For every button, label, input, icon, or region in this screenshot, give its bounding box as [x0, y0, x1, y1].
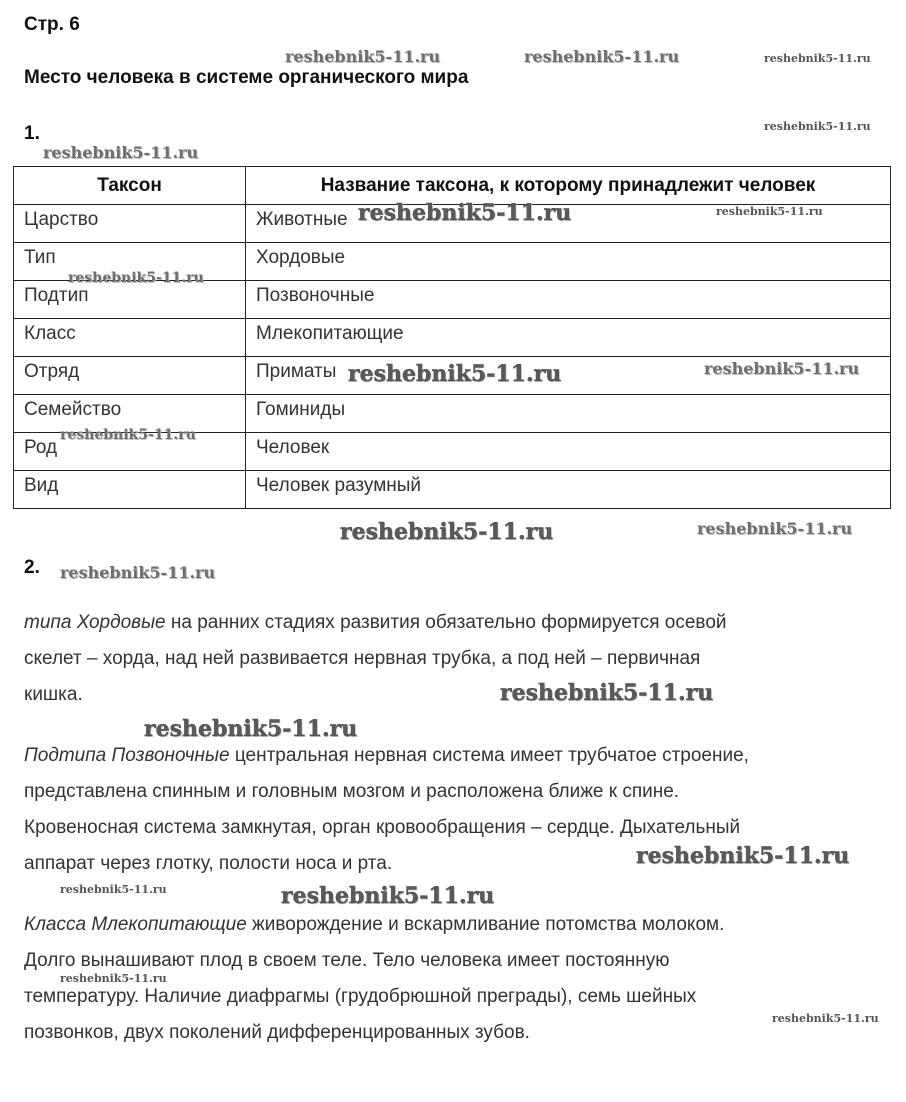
paragraph-text: Долго вынашивают плод в своем теле. Тело…	[24, 950, 670, 971]
page-label: Стр. 6	[24, 14, 80, 36]
taxon-name: Хордовые	[246, 243, 891, 281]
table-header-row: Таксон Название таксона, к которому прин…	[14, 167, 891, 205]
paragraph-text: кишка.	[24, 684, 83, 705]
table-row: СемействоГоминиды	[14, 395, 891, 433]
table-row: ЦарствоЖивотные	[14, 205, 891, 243]
taxon-name: Приматы	[246, 357, 891, 395]
taxon-rank: Отряд	[14, 357, 246, 395]
paragraph-text: Кровеносная система замкнутая, орган кро…	[24, 817, 740, 838]
taxon-rank: Вид	[14, 471, 246, 509]
paragraph-chordata: типа Хордовые на ранних стадиях развития…	[24, 605, 884, 713]
paragraph-lead: Подтипа Позвоночные	[24, 745, 230, 766]
watermark: reshebnik5-11.ru	[281, 883, 494, 909]
paragraph-text: представлена спинным и головным мозгом и…	[24, 781, 679, 802]
taxon-rank: Тип	[14, 243, 246, 281]
paragraph-text: аппарат через глотку, полости носа и рта…	[24, 853, 392, 874]
taxon-rank: Род	[14, 433, 246, 471]
watermark: reshebnik5-11.ru	[43, 143, 198, 162]
taxon-rank: Царство	[14, 205, 246, 243]
table-row: РодЧеловек	[14, 433, 891, 471]
watermark: reshebnik5-11.ru	[764, 120, 871, 133]
watermark: reshebnik5-11.ru	[340, 519, 553, 545]
watermark: reshebnik5-11.ru	[524, 47, 679, 66]
page-title: Место человека в системе органического м…	[24, 67, 468, 89]
task-2-number: 2.	[24, 557, 40, 579]
table-row: КлассМлекопитающие	[14, 319, 891, 357]
taxon-name: Человек разумный	[246, 471, 891, 509]
watermark: reshebnik5-11.ru	[60, 563, 215, 582]
column-header-taxon: Таксон	[14, 167, 246, 205]
table-row: ТипХордовые	[14, 243, 891, 281]
paragraph-text: температуру. Наличие диафрагмы (грудобрю…	[24, 986, 696, 1007]
taxon-name: Млекопитающие	[246, 319, 891, 357]
taxon-rank: Подтип	[14, 281, 246, 319]
watermark: reshebnik5-11.ru	[60, 883, 167, 896]
taxon-name: Животные	[246, 205, 891, 243]
task-1-number: 1.	[24, 123, 40, 145]
taxon-name: Человек	[246, 433, 891, 471]
paragraph-text: позвонков, двух поколений дифференцирова…	[24, 1022, 530, 1043]
table-row: ВидЧеловек разумный	[14, 471, 891, 509]
paragraph-text: скелет – хорда, над ней развивается нерв…	[24, 648, 700, 669]
paragraph-mammalia: Класса Млекопитающие живорождение и вска…	[24, 907, 884, 1051]
taxon-name: Гоминиды	[246, 395, 891, 433]
taxon-table: Таксон Название таксона, к которому прин…	[13, 166, 891, 509]
watermark: reshebnik5-11.ru	[285, 47, 440, 66]
table-row: ОтрядПриматы	[14, 357, 891, 395]
paragraph-text: центральная нервная система имеет трубча…	[230, 745, 749, 766]
table-row: ПодтипПозвоночные	[14, 281, 891, 319]
taxon-rank: Класс	[14, 319, 246, 357]
column-header-taxon-name: Название таксона, к которому принадлежит…	[246, 167, 891, 205]
paragraph-lead: типа Хордовые	[24, 612, 166, 633]
paragraph-text: живорождение и вскармливание потомства м…	[247, 914, 725, 935]
paragraph-text: на ранних стадиях развития обязательно ф…	[166, 612, 727, 633]
watermark: reshebnik5-11.ru	[697, 519, 852, 538]
taxon-rank: Семейство	[14, 395, 246, 433]
taxon-name: Позвоночные	[246, 281, 891, 319]
paragraph-lead: Класса Млекопитающие	[24, 914, 247, 935]
paragraph-vertebrata: Подтипа Позвоночные центральная нервная …	[24, 738, 884, 882]
watermark: reshebnik5-11.ru	[764, 52, 871, 65]
